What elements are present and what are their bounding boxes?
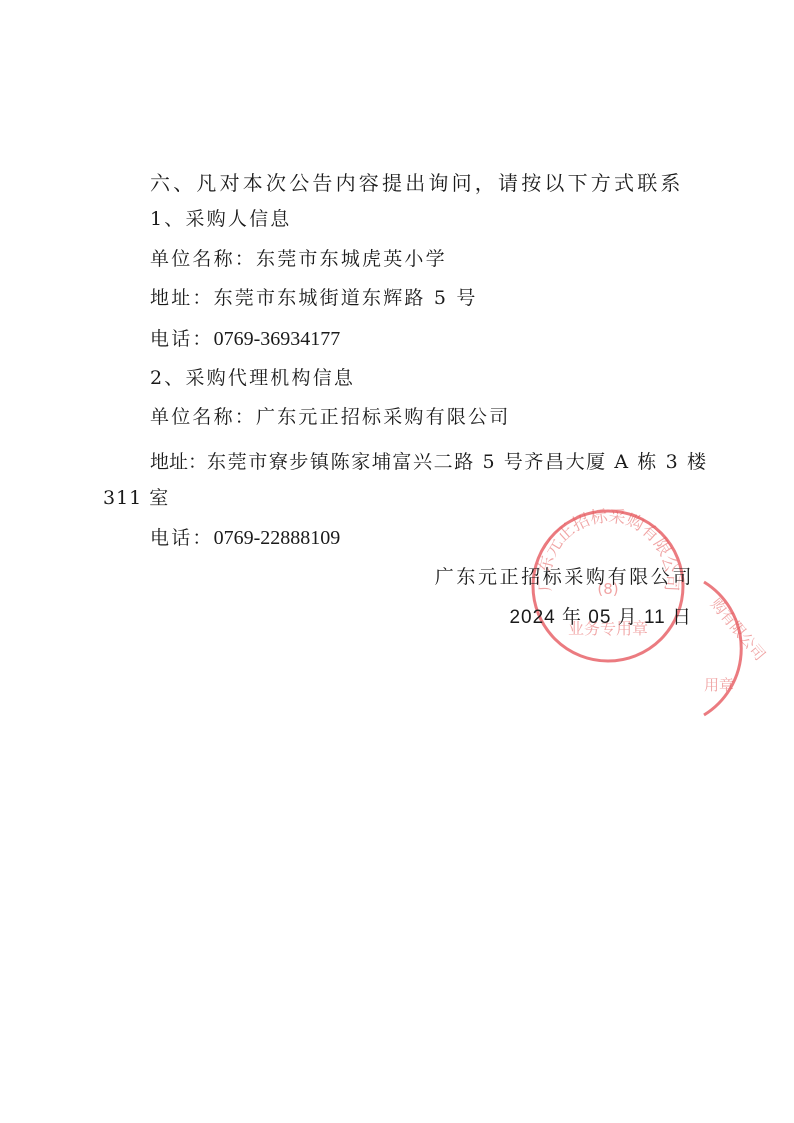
purchaser-address-row: 地址：东莞市东城街道东辉路 5 号 [150, 286, 478, 310]
signature-date: 2024 年 05 月 11 日 [509, 606, 692, 630]
agency-phone-label: 电话： [150, 527, 214, 549]
agency-name-row: 单位名称：广东元正招标采购有限公司 [150, 405, 510, 429]
purchaser-name-row: 单位名称：东莞市东城虎英小学 [150, 247, 447, 271]
purchaser-phone-row: 电话：0769-36934177 [150, 327, 340, 351]
agency-address-row: 地址：东莞市寮步镇陈家埔富兴二路 5 号齐昌大厦 A 栋 3 楼 [150, 450, 708, 474]
purchaser-name-label: 单位名称： [150, 248, 256, 270]
agency-name-label: 单位名称： [150, 406, 256, 428]
partial-seal-icon: 购有限公司 用章 [690, 570, 794, 730]
signature-company: 广东元正招标采购有限公司 [435, 565, 694, 589]
agency-name: 广东元正招标采购有限公司 [256, 406, 510, 428]
purchaser-address: 东莞市东城街道东辉路 5 号 [214, 287, 478, 309]
purchaser-title: 1、采购人信息 [150, 207, 292, 231]
partial-seal-bottom-text: 用章 [704, 676, 734, 694]
section-heading: 六、凡对本次公告内容提出询问，请按以下方式联系 [150, 171, 684, 195]
agency-title: 2、采购代理机构信息 [150, 366, 355, 390]
agency-address-line1: 东莞市寮步镇陈家埔富兴二路 5 号齐昌大厦 A 栋 3 楼 [207, 451, 708, 473]
partial-seal-text: 购有限公司 [707, 595, 769, 664]
purchaser-name: 东莞市东城虎英小学 [256, 248, 447, 270]
agency-address-line2: 311 室 [103, 486, 169, 510]
agency-phone: 0769-22888109 [214, 527, 341, 549]
agency-phone-row: 电话：0769-22888109 [150, 526, 340, 550]
purchaser-phone-label: 电话： [150, 328, 214, 350]
purchaser-phone: 0769-36934177 [214, 328, 341, 350]
agency-address-label: 地址： [150, 451, 207, 473]
purchaser-address-label: 地址： [150, 287, 214, 309]
